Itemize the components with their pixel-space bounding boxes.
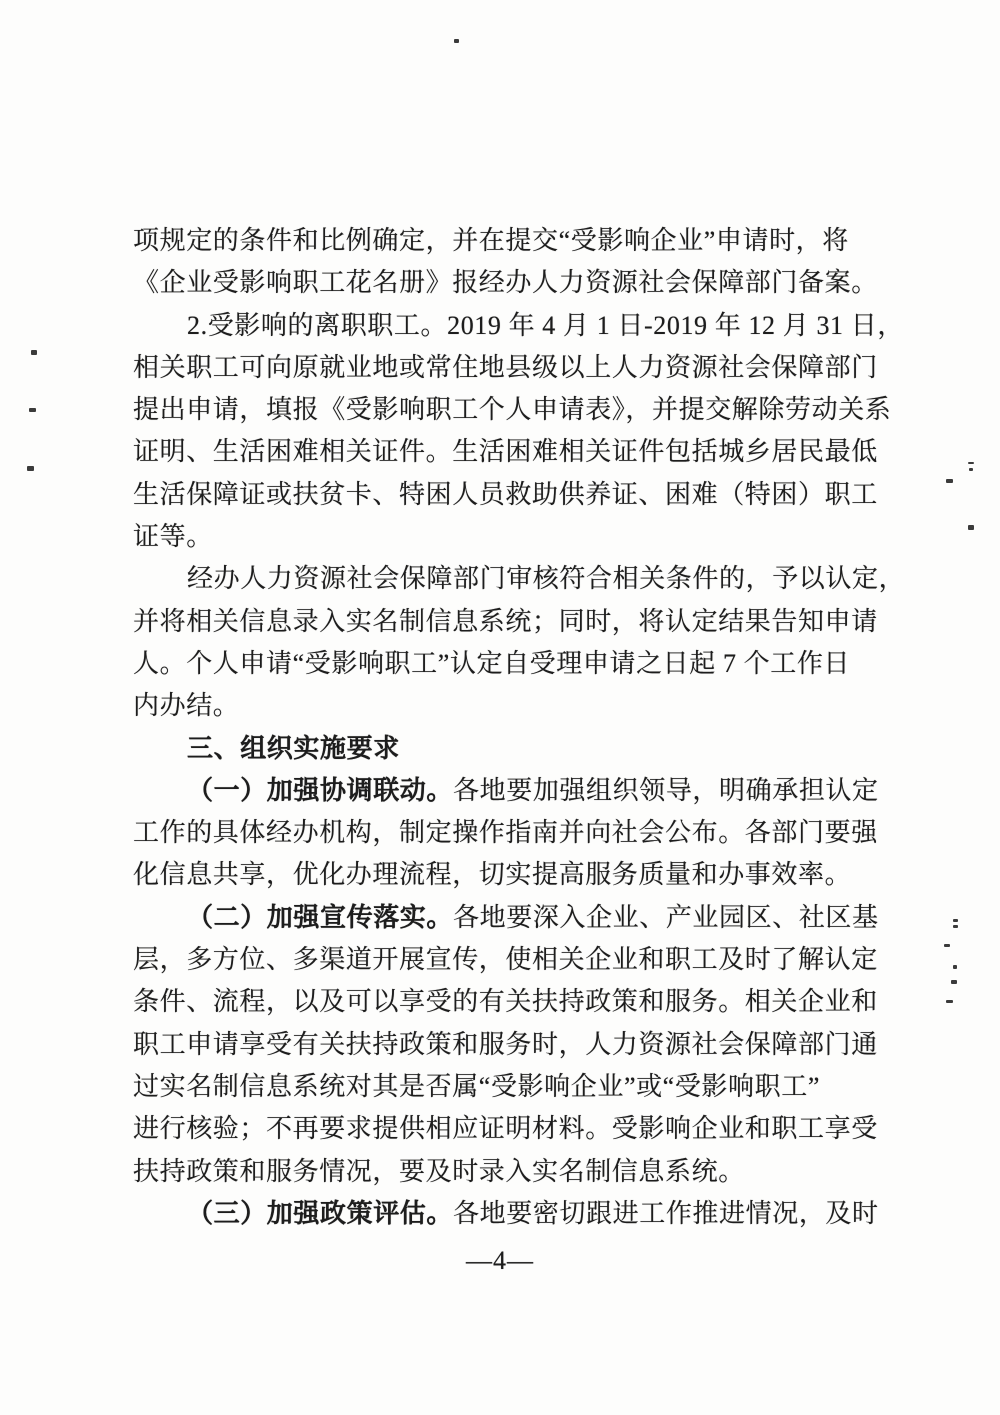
line-text: 层，多方位、多渠道开展宣传，使相关企业和职工及时了解认定 [133,945,878,974]
line-text: 经办人力资源社会保障部门审核符合相关条件的，予以认定， [187,564,905,593]
text-line: 经办人力资源社会保障部门审核符合相关条件的，予以认定， [133,558,878,600]
line-text: 提出申请，填报《受影响职工个人申请表》，并提交解除劳动关系 [133,395,891,424]
scan-speckle [944,944,950,947]
text-line: （一）加强协调联动。各地要加强组织领导，明确承担认定 [133,770,878,812]
text-line: 项规定的条件和比例确定，并在提交“受影响企业”申请时，将 [133,220,878,262]
page-number: —4— [0,1246,1000,1276]
line-text: 人。个人申请“受影响职工”认定自受理申请之日起 7 个工作日 [133,649,850,678]
line-text: 相关职工可向原就业地或常住地县级以上人力资源社会保障部门 [133,353,878,382]
text-line: 条件、流程，以及可以享受的有关扶持政策和服务。相关企业和 [133,981,878,1023]
line-text: 条件、流程，以及可以享受的有关扶持政策和服务。相关企业和 [133,987,878,1016]
text-line: 层，多方位、多渠道开展宣传，使相关企业和职工及时了解认定 [133,939,878,981]
section-heading: 三、组织实施要求 [133,728,878,770]
line-text: 证等。 [133,522,213,551]
document-page: 项规定的条件和比例确定，并在提交“受影响企业”申请时，将 《企业受影响职工花名册… [0,0,1000,1415]
line-text: 各地要密切跟进工作推进情况，及时 [453,1199,879,1228]
line-text: 进行核验；不再要求提供相应证明材料。受影响企业和职工享受 [133,1114,878,1143]
text-line: 生活保障证或扶贫卡、特困人员救助供养证、困难（特困）职工 [133,474,878,516]
scan-speckle [946,479,953,483]
scan-speckle [951,980,957,984]
scan-speckle [29,408,36,412]
line-text: 各地要加强组织领导，明确承担认定 [453,776,879,805]
line-lead: （三）加强政策评估。 [187,1199,453,1228]
text-line: 《企业受影响职工花名册》报经办人力资源社会保障部门备案。 [133,262,878,304]
scan-speckle [968,525,974,530]
scan-speckle [953,925,958,928]
text-line: 证等。 [133,516,878,558]
line-text: 化信息共享，优化办理流程，切实提高服务质量和办事效率。 [133,860,851,889]
scan-speckle [454,39,459,43]
line-lead: （一）加强协调联动。 [187,776,453,805]
line-text: 证明、生活困难相关证件。生活困难相关证件包括城乡居民最低 [133,437,878,466]
text-line: 2.受影响的离职职工。2019 年 4 月 1 日-2019 年 12 月 31… [133,305,878,347]
text-line: 过实名制信息系统对其是否属“受影响企业”或“受影响职工” [133,1066,878,1108]
scan-speckle [968,462,974,464]
text-line: 进行核验；不再要求提供相应证明材料。受影响企业和职工享受 [133,1108,878,1150]
line-text: 内办结。 [133,691,239,720]
text-line: 相关职工可向原就业地或常住地县级以上人力资源社会保障部门 [133,347,878,389]
line-text: 生活保障证或扶贫卡、特困人员救助供养证、困难（特困）职工 [133,480,878,509]
scan-speckle [27,466,34,471]
scan-speckle [31,350,37,355]
text-line: 证明、生活困难相关证件。生活困难相关证件包括城乡居民最低 [133,431,878,473]
line-text: 职工申请享受有关扶持政策和服务时，人力资源社会保障部门通 [133,1030,878,1059]
text-line: （二）加强宣传落实。各地要深入企业、产业园区、社区基 [133,897,878,939]
line-text: 项规定的条件和比例确定，并在提交“受影响企业”申请时，将 [133,226,849,255]
text-line: 工作的具体经办机构，制定操作指南并向社会公布。各部门要强 [133,812,878,854]
text-line: 并将相关信息录入实名制信息系统；同时，将认定结果告知申请 [133,601,878,643]
line-text: 各地要深入企业、产业园区、社区基 [453,903,879,932]
text-line: 化信息共享，优化办理流程，切实提高服务质量和办事效率。 [133,854,878,896]
line-lead: 三、组织实施要求 [187,734,400,763]
text-line: （三）加强政策评估。各地要密切跟进工作推进情况，及时 [133,1193,878,1235]
line-text: 扶持政策和服务情况，要及时录入实名制信息系统。 [133,1157,745,1186]
text-line: 职工申请享受有关扶持政策和服务时，人力资源社会保障部门通 [133,1024,878,1066]
scan-speckle [969,468,973,471]
text-line: 提出申请，填报《受影响职工个人申请表》，并提交解除劳动关系 [133,389,878,431]
scan-speckle [953,919,958,922]
text-line: 人。个人申请“受影响职工”认定自受理申请之日起 7 个工作日 [133,643,878,685]
text-line: 扶持政策和服务情况，要及时录入实名制信息系统。 [133,1151,878,1193]
line-text: 2.受影响的离职职工。2019 年 4 月 1 日-2019 年 12 月 31… [187,311,904,340]
line-text: 过实名制信息系统对其是否属“受影响企业”或“受影响职工” [133,1072,820,1101]
line-lead: （二）加强宣传落实。 [187,903,453,932]
text-line: 内办结。 [133,685,878,727]
line-text: 工作的具体经办机构，制定操作指南并向社会公布。各部门要强 [133,818,878,847]
line-text: 并将相关信息录入实名制信息系统；同时，将认定结果告知申请 [133,607,878,636]
line-text: 《企业受影响职工花名册》报经办人力资源社会保障部门备案。 [133,268,878,297]
scan-speckle [953,965,957,969]
scan-speckle [946,1000,953,1003]
document-body: 项规定的条件和比例确定，并在提交“受影响企业”申请时，将 《企业受影响职工花名册… [133,220,878,1235]
